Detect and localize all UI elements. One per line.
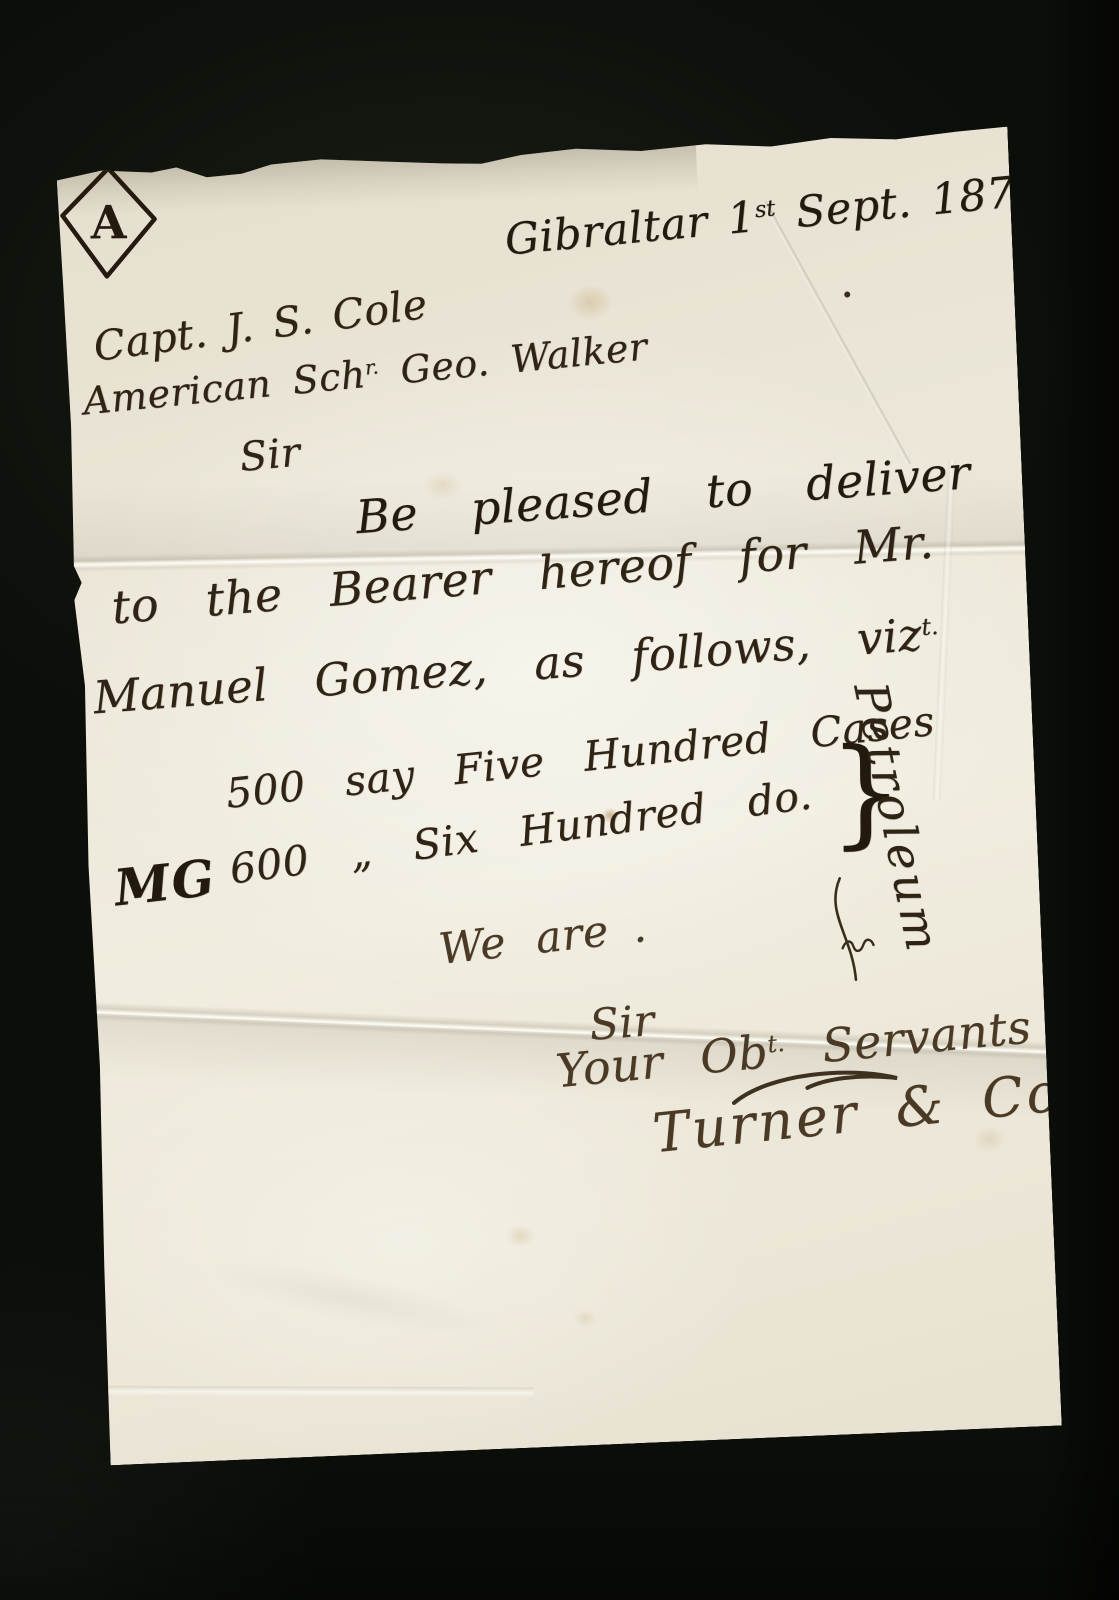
- salutation: Sir: [238, 429, 303, 481]
- foxing-stain: [505, 1223, 536, 1248]
- vessel-name: Geo. Walker: [377, 324, 650, 394]
- ditto-mark: „: [347, 828, 375, 878]
- closing-line-1: We are.: [436, 902, 649, 975]
- flourish-mark: [822, 874, 897, 989]
- cargo-mark-diamond: A: [58, 164, 159, 281]
- photographed-letter: Gibraltar 1st Sept. 1873 Capt. J. S. Col…: [0, 0, 1119, 1600]
- dateline-month-year: Sept. 1873: [773, 165, 1044, 240]
- brace-tail-stroke: [835, 878, 856, 981]
- ink-speck: [844, 291, 850, 297]
- closing-we-are: We are: [436, 906, 611, 975]
- viz-abbrev-suffix: t.: [920, 612, 939, 641]
- fold-crease-bottom: [104, 1386, 534, 1398]
- dateline-ordinal-suffix: st: [754, 195, 777, 223]
- foxing-stain: [573, 1309, 598, 1328]
- dateline-place-day: Gibraltar 1: [503, 192, 758, 265]
- corner-crease: [763, 201, 911, 466]
- letter-sheet: Gibraltar 1st Sept. 1873 Capt. J. S. Col…: [56, 127, 1062, 1466]
- closing-period: .: [630, 902, 650, 953]
- paper-wrinkle: [198, 1246, 501, 1351]
- quantity-2-number: 600: [227, 836, 312, 894]
- dateline: Gibraltar 1st Sept. 1873: [503, 165, 1045, 266]
- foxing-stain: [567, 283, 614, 321]
- quantity-1-number: 500: [224, 762, 308, 818]
- cargo-mark-monogram: MG: [111, 847, 219, 917]
- cargo-mark-letter: A: [90, 195, 128, 249]
